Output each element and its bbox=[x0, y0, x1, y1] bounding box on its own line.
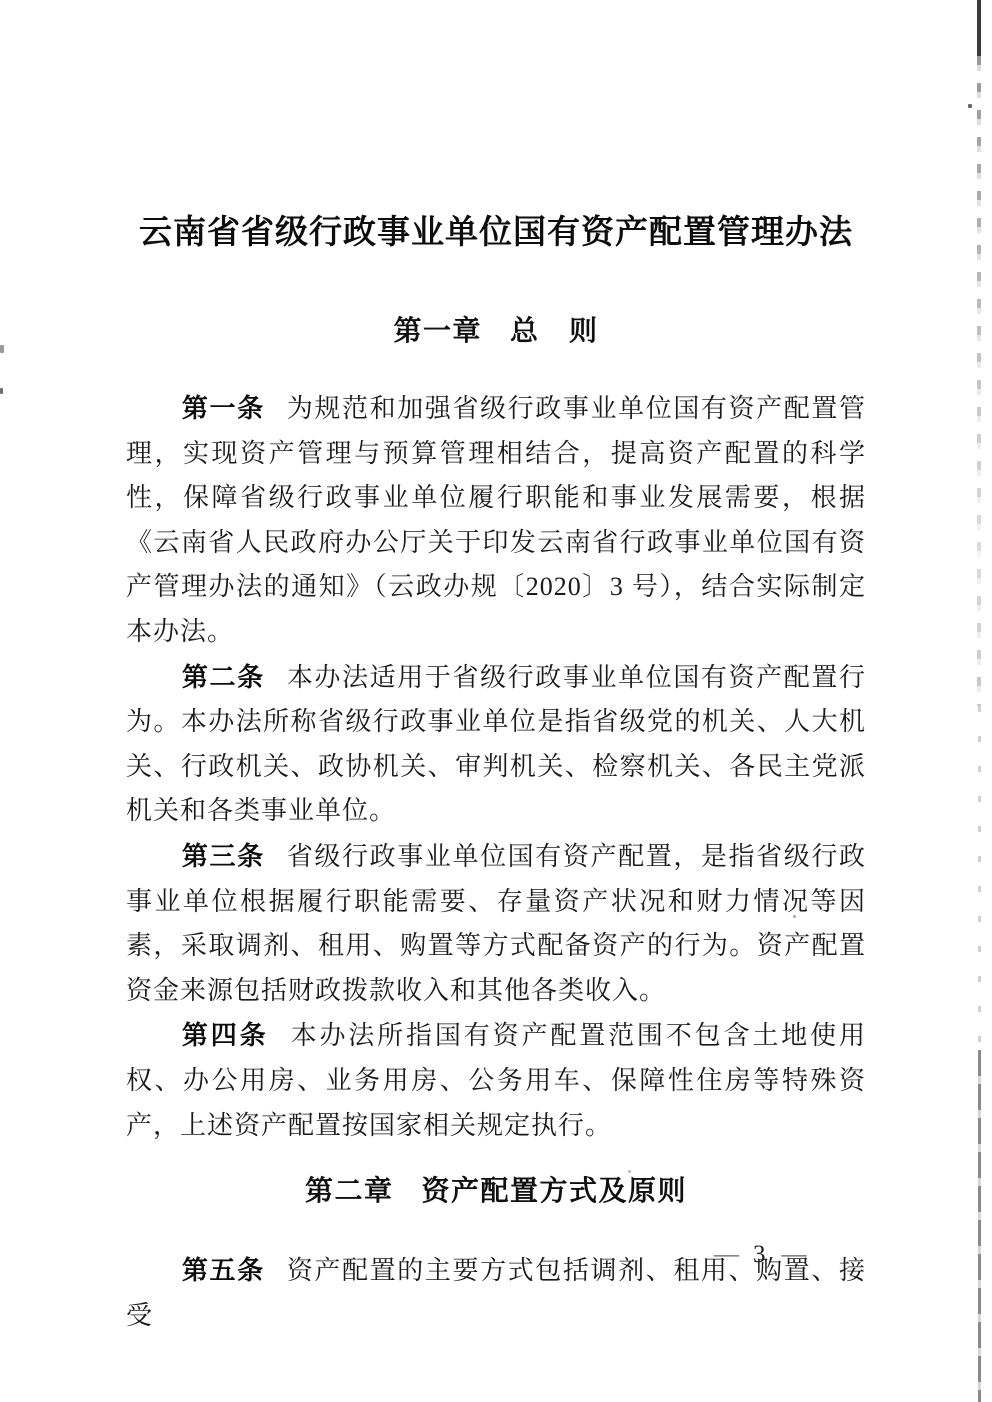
chapter-2-heading: 第二章资产配置方式及原则 bbox=[126, 1174, 866, 1210]
page-number-dash-left: — bbox=[714, 1241, 737, 1268]
document-body: 第一条为规范和加强省级行政事业单位国有资产配置管理，实现资产管理与预算管理相结合… bbox=[126, 386, 866, 1338]
scan-artifact-edge-bottom bbox=[978, 1050, 981, 1402]
page-number-value: 3 bbox=[753, 1241, 766, 1268]
document-title: 云南省省级行政事业单位国有资产配置管理办法 bbox=[0, 0, 992, 253]
article-4-label: 第四条 bbox=[182, 1020, 269, 1050]
scan-artifact-edge-lower bbox=[978, 706, 981, 1050]
article-1-text: 为规范和加强省级行政事业单位国有资产配置管理，实现资产管理与预算管理相结合，提高… bbox=[126, 394, 866, 646]
article-1: 第一条为规范和加强省级行政事业单位国有资产配置管理，实现资产管理与预算管理相结合… bbox=[126, 386, 866, 655]
chapter-1-title: 总 则 bbox=[510, 316, 599, 347]
scan-artifact-edge-top bbox=[977, 0, 981, 56]
chapter-1-heading: 第一章总 则 bbox=[0, 314, 992, 350]
scan-speck bbox=[0, 388, 3, 394]
scanned-document-page: 云南省省级行政事业单位国有资产配置管理办法 第一章总 则 第一条为规范和加强省级… bbox=[0, 0, 992, 1402]
scan-speck bbox=[968, 104, 972, 108]
scan-speck bbox=[0, 345, 4, 353]
chapter-2-label: 第二章 bbox=[305, 1176, 394, 1207]
scan-speck bbox=[793, 915, 796, 918]
scan-speck bbox=[628, 1170, 631, 1173]
article-1-label: 第一条 bbox=[182, 393, 265, 423]
scan-artifact-edge-middle bbox=[977, 56, 981, 706]
page-number: —3— bbox=[714, 1240, 805, 1270]
article-2-label: 第二条 bbox=[182, 662, 265, 692]
article-5-label: 第五条 bbox=[182, 1255, 265, 1285]
article-3: 第三条省级行政事业单位国有资产配置，是指省级行政事业单位根据履行职能需要、存量资… bbox=[126, 834, 866, 1013]
article-2: 第二条本办法适用于省级行政事业单位国有资产配置行为。本办法所称省级行政事业单位是… bbox=[126, 655, 866, 834]
chapter-2-title: 资产配置方式及原则 bbox=[422, 1176, 688, 1207]
chapter-1-label: 第一章 bbox=[393, 316, 482, 347]
article-4: 第四条本办法所指国有资产配置范围不包含土地使用权、办公用房、业务用房、公务用车、… bbox=[126, 1013, 866, 1148]
page-number-dash-right: — bbox=[782, 1241, 805, 1268]
article-3-label: 第三条 bbox=[182, 841, 265, 871]
